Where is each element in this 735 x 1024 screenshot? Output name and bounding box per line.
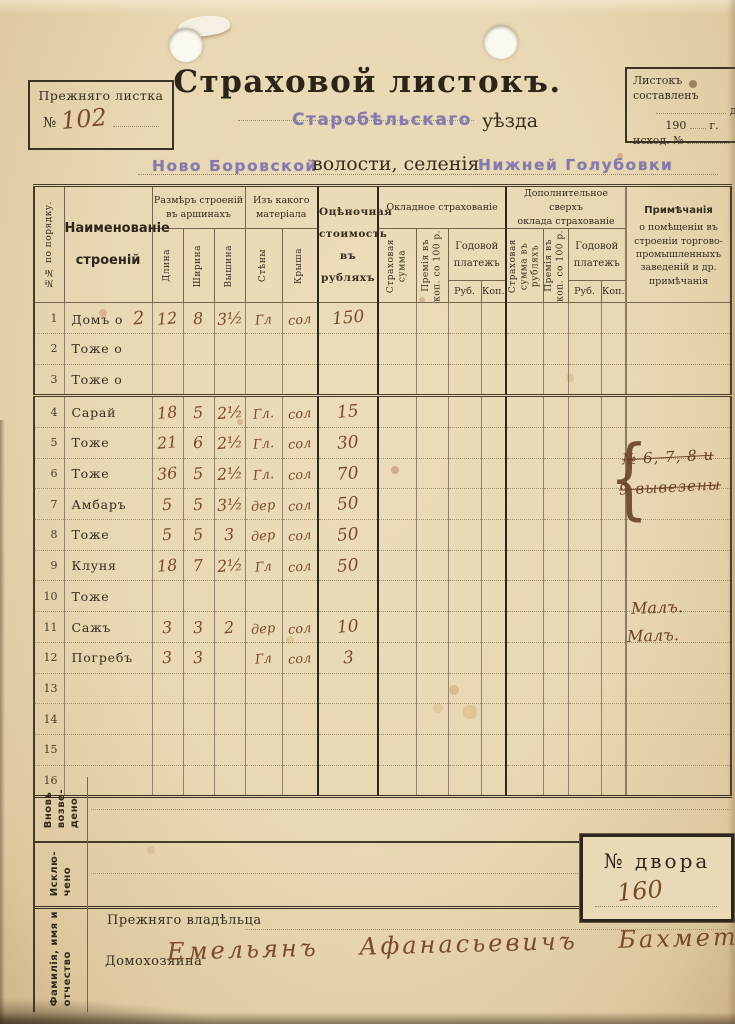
cell-dop-sum	[506, 396, 543, 428]
cell-roof-material: сол	[282, 396, 318, 428]
table-row: 1Домъ о21283½Глсол150	[34, 303, 731, 334]
cell-appraised-value: 50	[318, 550, 378, 581]
cell-width	[183, 673, 214, 704]
cell-roof-material: сол	[282, 428, 318, 459]
cell-dop-premium	[543, 704, 568, 735]
cell-dop-sum	[506, 642, 543, 673]
handwritten-entry: дер	[251, 498, 276, 515]
cell-length	[152, 673, 183, 704]
handwritten-entry: 2	[132, 307, 146, 329]
cell-oklad-premium	[416, 550, 448, 581]
handwritten-entry: 3	[162, 617, 174, 637]
punch-hole	[169, 28, 203, 62]
handwritten-entry: 2½	[216, 402, 243, 423]
handwritten-entry: 3½	[216, 494, 243, 515]
cell-oklad-kop	[481, 520, 506, 551]
cell-walls-material: Гл.	[245, 396, 282, 428]
cell-oklad-sum	[378, 612, 416, 643]
cell-dop-kop	[601, 550, 626, 581]
handwritten-entry: сол	[287, 467, 312, 484]
table-row: 9Клуня1872½Глсол50	[34, 550, 731, 581]
cell-dop-rub	[568, 333, 601, 364]
cell-oklad-rub	[448, 428, 481, 459]
row-number: 12	[34, 642, 64, 673]
handwritten-entry: 8	[193, 308, 205, 328]
cell-oklad-sum	[378, 428, 416, 459]
cell-roof-material	[282, 364, 318, 396]
dotted-blank	[595, 906, 717, 907]
row-number: 10	[34, 581, 64, 612]
cell-dop-rub	[568, 704, 601, 735]
building-name: Амбаръ	[64, 489, 152, 520]
scanned-insurance-sheet: Страховой листокъ. Прежняго листка № 102…	[0, 0, 735, 1024]
handwritten-entry: 5	[193, 525, 205, 545]
handwritten-entry: 12	[157, 308, 179, 329]
cell-oklad-kop	[481, 428, 506, 459]
cell-appraised-value: 10	[318, 612, 378, 643]
row-number: 7	[34, 489, 64, 520]
cell-dop-kop	[601, 364, 626, 396]
cell-height	[214, 364, 245, 396]
cell-dop-premium	[543, 550, 568, 581]
col-header-oklad-premium: Премія въкоп. со 100 р.	[416, 229, 448, 303]
building-name	[64, 734, 152, 765]
cell-dop-kop	[601, 303, 626, 334]
table-row: 13	[34, 673, 731, 704]
cell-width: 6	[183, 428, 214, 459]
building-name: Тоже	[64, 581, 152, 612]
handwritten-entry: сол	[287, 528, 312, 545]
cell-oklad-premium	[416, 642, 448, 673]
cell-dop-rub	[568, 364, 601, 396]
cell-appraised-value	[318, 673, 378, 704]
handwritten-entry: 50	[336, 493, 359, 515]
table-row: 15	[34, 734, 731, 765]
cell-dop-rub	[568, 642, 601, 673]
col-header-height: Вышина	[214, 229, 245, 303]
cell-oklad-premium	[416, 704, 448, 735]
cell-notes	[626, 550, 731, 581]
yard-number-label: № двора	[583, 849, 731, 873]
cell-height: 3½	[214, 303, 245, 334]
cell-walls-material: Гл	[245, 550, 282, 581]
cell-dop-premium	[543, 520, 568, 551]
col-group-additional-insurance: Дополнительное сверхъ оклада страхованіе	[506, 186, 626, 229]
cell-dop-premium	[543, 428, 568, 459]
handwritten-entry: 3	[224, 525, 236, 545]
cell-dop-premium	[543, 396, 568, 428]
cell-oklad-premium	[416, 734, 448, 765]
dotted-blank	[687, 143, 729, 144]
cell-dop-premium	[543, 642, 568, 673]
handwritten-entry: Гл	[254, 312, 272, 328]
col-header-kopecks: Коп.	[481, 281, 506, 303]
cell-appraised-value: 3	[318, 642, 378, 673]
cell-roof-material	[282, 333, 318, 364]
cell-walls-material	[245, 673, 282, 704]
cell-dop-premium	[543, 612, 568, 643]
cell-height: 2	[214, 612, 245, 643]
cell-oklad-sum	[378, 303, 416, 334]
cell-dop-sum	[506, 303, 543, 334]
cell-roof-material	[282, 581, 318, 612]
previous-sheet-label: Прежняго листка	[36, 88, 166, 103]
cell-oklad-premium	[416, 458, 448, 489]
cell-walls-material: дер	[245, 489, 282, 520]
cell-length: 5	[152, 520, 183, 551]
cell-length: 3	[152, 642, 183, 673]
cell-height	[214, 581, 245, 612]
cell-dop-sum	[506, 458, 543, 489]
cell-oklad-rub	[448, 303, 481, 334]
cell-length: 18	[152, 396, 183, 428]
handwritten-entry: 18	[157, 555, 179, 576]
cell-oklad-kop	[481, 581, 506, 612]
cell-height: 2½	[214, 550, 245, 581]
cell-dop-sum	[506, 673, 543, 704]
cell-length	[152, 333, 183, 364]
cell-oklad-rub	[448, 458, 481, 489]
cell-width	[183, 734, 214, 765]
cell-oklad-sum	[378, 333, 416, 364]
cell-dop-premium	[543, 333, 568, 364]
cell-oklad-kop	[481, 364, 506, 396]
cell-height: 2½	[214, 458, 245, 489]
handwritten-entry: 2½	[216, 555, 243, 576]
section-excluded-label: Исклю-чено	[35, 841, 88, 906]
handwritten-entry: 36	[157, 463, 179, 484]
cell-dop-premium	[543, 581, 568, 612]
yard-number-box: № двора 160	[580, 834, 734, 922]
paper-edge-top	[0, 0, 735, 14]
cell-oklad-kop	[481, 458, 506, 489]
cell-dop-sum	[506, 364, 543, 396]
handwritten-entry: 150	[331, 307, 365, 330]
volost-selo-label: волости, селенія	[312, 153, 479, 175]
cell-dop-premium	[543, 364, 568, 396]
cell-appraised-value	[318, 333, 378, 364]
cell-height	[214, 673, 245, 704]
cell-length: 21	[152, 428, 183, 459]
composed-label: Листокъ составленъ	[633, 73, 735, 103]
cell-oklad-premium	[416, 612, 448, 643]
handwritten-entry: сол	[287, 436, 312, 453]
cell-dop-sum	[506, 581, 543, 612]
handwritten-entry: 18	[157, 402, 179, 423]
handwritten-entry: сол	[287, 498, 312, 515]
handwritten-entry: 2½	[216, 463, 243, 484]
cell-dop-premium	[543, 303, 568, 334]
cell-oklad-kop	[481, 489, 506, 520]
cell-notes	[626, 303, 731, 334]
cell-appraised-value: 70	[318, 458, 378, 489]
building-name	[64, 673, 152, 704]
cell-width: 5	[183, 458, 214, 489]
paper-edge-left	[0, 420, 5, 1024]
cell-dop-kop	[601, 704, 626, 735]
building-name: Тоже	[64, 458, 152, 489]
col-header-kopecks: Коп.	[601, 281, 626, 303]
cell-walls-material	[245, 704, 282, 735]
cell-height: 3	[214, 520, 245, 551]
cell-height: 3½	[214, 489, 245, 520]
col-header-dop-premium: Премія въкоп. со 100 р.	[543, 229, 568, 303]
cell-width	[183, 581, 214, 612]
cell-oklad-sum	[378, 458, 416, 489]
cell-dop-kop	[601, 612, 626, 643]
cell-roof-material: сол	[282, 550, 318, 581]
cell-dop-sum	[506, 734, 543, 765]
cell-oklad-rub	[448, 489, 481, 520]
cell-dop-rub	[568, 612, 601, 643]
cell-notes	[626, 673, 731, 704]
cell-oklad-premium	[416, 303, 448, 334]
cell-length: 12	[152, 303, 183, 334]
cell-oklad-premium	[416, 489, 448, 520]
cell-appraised-value: 50	[318, 520, 378, 551]
handwritten-entry: 50	[336, 555, 359, 577]
cell-roof-material: сол	[282, 642, 318, 673]
cell-oklad-kop	[481, 396, 506, 428]
handwritten-entry: 7	[193, 556, 205, 576]
cell-oklad-rub	[448, 673, 481, 704]
cell-dop-rub	[568, 550, 601, 581]
cell-walls-material	[245, 364, 282, 396]
note-small: Малъ.	[627, 625, 679, 646]
cell-dop-sum	[506, 704, 543, 735]
cell-oklad-premium	[416, 364, 448, 396]
yard-number-handwritten: 160	[616, 875, 664, 907]
cell-oklad-rub	[448, 396, 481, 428]
cell-walls-material	[245, 581, 282, 612]
cell-oklad-rub	[448, 704, 481, 735]
cell-walls-material: Гл	[245, 303, 282, 334]
cell-roof-material	[282, 673, 318, 704]
cell-walls-material	[245, 734, 282, 765]
handwritten-entry: сол	[287, 406, 312, 423]
handwritten-entry: Гл	[254, 559, 272, 575]
handwritten-entry: 3	[162, 648, 174, 668]
dotted-blank	[238, 120, 474, 121]
building-name: Тоже о	[64, 364, 152, 396]
outgoing-number-label: исход. №	[633, 134, 684, 147]
cell-walls-material	[245, 333, 282, 364]
cell-oklad-premium	[416, 673, 448, 704]
building-name: Погребъ	[64, 642, 152, 673]
cell-roof-material: сол	[282, 489, 318, 520]
cell-length: 5	[152, 489, 183, 520]
cell-oklad-kop	[481, 612, 506, 643]
cell-width	[183, 364, 214, 396]
col-header-length: Длина	[152, 229, 183, 303]
cell-width: 3	[183, 612, 214, 643]
handwritten-entry: сол	[287, 312, 312, 329]
col-header-width: Ширина	[183, 229, 214, 303]
cell-oklad-rub	[448, 550, 481, 581]
cell-oklad-rub	[448, 520, 481, 551]
cell-dop-kop	[601, 673, 626, 704]
cell-length: 36	[152, 458, 183, 489]
handwritten-entry: Гл	[254, 651, 272, 667]
dotted-blank	[690, 128, 706, 129]
handwritten-entry: 5	[193, 494, 205, 514]
cell-dop-rub	[568, 673, 601, 704]
cell-oklad-kop	[481, 704, 506, 735]
col-header-row-number: №№ по порядку.	[34, 186, 64, 303]
cell-oklad-sum	[378, 364, 416, 396]
cell-oklad-sum	[378, 734, 416, 765]
cell-height	[214, 704, 245, 735]
cell-dop-rub	[568, 303, 601, 334]
handwritten-entry: 5	[193, 464, 205, 484]
row-number: 5	[34, 428, 64, 459]
handwritten-entry: дер	[251, 620, 276, 637]
cell-appraised-value: 30	[318, 428, 378, 459]
table-row: 12Погребъ33Глсол3	[34, 642, 731, 673]
cell-dop-rub	[568, 489, 601, 520]
cell-oklad-sum	[378, 550, 416, 581]
cell-height	[214, 642, 245, 673]
cell-roof-material: сол	[282, 520, 318, 551]
dotted-blank	[113, 126, 159, 127]
cell-dop-premium	[543, 489, 568, 520]
handwritten-entry: 3	[342, 647, 355, 668]
cell-oklad-sum	[378, 642, 416, 673]
cell-notes	[626, 364, 731, 396]
handwritten-entry: дер	[251, 528, 276, 545]
cell-dop-kop	[601, 734, 626, 765]
cell-walls-material: Гл	[245, 642, 282, 673]
cell-dop-sum	[506, 489, 543, 520]
handwritten-entry: 2½	[216, 432, 243, 453]
cell-dop-sum	[506, 520, 543, 551]
row-number: 3	[34, 364, 64, 396]
cell-oklad-rub	[448, 734, 481, 765]
cell-width: 5	[183, 396, 214, 428]
cell-width: 5	[183, 489, 214, 520]
cell-oklad-sum	[378, 520, 416, 551]
dotted-blank	[91, 809, 730, 810]
dotted-blank	[656, 113, 726, 114]
uezd-label: уѣзда	[482, 110, 538, 132]
paper-edge-corner-shadow	[0, 998, 220, 1024]
col-header-notes: Примѣчанія о помѣщеніи въ строеніи торго…	[626, 186, 731, 303]
handwritten-entry: 5	[162, 525, 174, 545]
table-row: 3Тоже о	[34, 364, 731, 396]
cell-oklad-premium	[416, 396, 448, 428]
cell-length: 3	[152, 612, 183, 643]
cell-dop-sum	[506, 612, 543, 643]
handwritten-entry: Гл.	[252, 467, 274, 484]
cell-dop-rub	[568, 581, 601, 612]
cell-oklad-kop	[481, 642, 506, 673]
col-header-rubles: Руб.	[448, 281, 481, 303]
handwritten-entry: 3	[193, 648, 205, 668]
cell-walls-material: дер	[245, 520, 282, 551]
cell-height	[214, 734, 245, 765]
building-name: Сажъ	[64, 612, 152, 643]
cell-notes	[626, 333, 731, 364]
cell-oklad-kop	[481, 550, 506, 581]
cell-width: 8	[183, 303, 214, 334]
handwritten-entry: 10	[336, 616, 359, 638]
note-small: Малъ.	[631, 597, 683, 618]
cell-roof-material: сол	[282, 458, 318, 489]
cell-roof-material: сол	[282, 303, 318, 334]
cell-dop-premium	[543, 458, 568, 489]
row-number: 2	[34, 333, 64, 364]
cell-width: 7	[183, 550, 214, 581]
cell-dop-premium	[543, 673, 568, 704]
cell-notes	[626, 396, 731, 428]
handwritten-entry: сол	[287, 651, 312, 668]
building-name: Тоже	[64, 428, 152, 459]
cell-oklad-sum	[378, 396, 416, 428]
building-name: Клуня	[64, 550, 152, 581]
building-name: Тоже	[64, 520, 152, 551]
handwritten-entry: 50	[336, 524, 359, 546]
cell-dop-rub	[568, 520, 601, 551]
volost-name-stamp: Ново Боровской	[152, 157, 318, 175]
cell-dop-sum	[506, 550, 543, 581]
cell-dop-kop	[601, 642, 626, 673]
row-number: 15	[34, 734, 64, 765]
cell-roof-material	[282, 704, 318, 735]
cell-oklad-sum	[378, 673, 416, 704]
cell-roof-material: сол	[282, 612, 318, 643]
col-header-roof: Крыша	[282, 229, 318, 303]
section-newly-built-label: Вновьвозве-дено	[35, 777, 88, 841]
handwritten-entry: 5	[193, 402, 205, 422]
cell-walls-material: Гл.	[245, 458, 282, 489]
previous-sheet-box: Прежняго листка № 102	[28, 80, 174, 150]
col-header-walls: Стѣны	[245, 229, 282, 303]
cell-oklad-kop	[481, 673, 506, 704]
handwritten-entry: 5	[162, 494, 174, 514]
cell-appraised-value	[318, 364, 378, 396]
cell-dop-kop	[601, 396, 626, 428]
cell-oklad-premium	[416, 428, 448, 459]
cell-oklad-kop	[481, 734, 506, 765]
handwritten-entry: 15	[336, 401, 359, 423]
table-row: 2Тоже о	[34, 333, 731, 364]
col-header-dop-annual-payment: Годовой платежъ	[568, 229, 626, 281]
handwritten-entry: сол	[287, 559, 312, 576]
handwritten-entry: 3½	[216, 308, 243, 329]
handwritten-entry: 2	[224, 617, 236, 637]
cell-width	[183, 333, 214, 364]
row-number: 9	[34, 550, 64, 581]
handwritten-entry: Гл.	[252, 437, 274, 454]
cell-dop-rub	[568, 458, 601, 489]
handwritten-brace: {	[609, 434, 648, 522]
cell-appraised-value: 50	[318, 489, 378, 520]
handwritten-entry: 21	[157, 433, 179, 454]
cell-oklad-rub	[448, 333, 481, 364]
cell-appraised-value	[318, 581, 378, 612]
previous-sheet-number-handwritten: 102	[60, 103, 108, 135]
cell-width	[183, 704, 214, 735]
cell-oklad-rub	[448, 581, 481, 612]
handwritten-entry: 6	[193, 433, 205, 453]
section-owner-name-label: Фамилія, имя иотчество	[35, 906, 88, 1012]
table-row: 10Тоже	[34, 581, 731, 612]
cell-width: 5	[183, 520, 214, 551]
cell-height: 2½	[214, 428, 245, 459]
cell-oklad-sum	[378, 581, 416, 612]
cell-dop-kop	[601, 333, 626, 364]
handwritten-entry: 3	[193, 617, 205, 637]
